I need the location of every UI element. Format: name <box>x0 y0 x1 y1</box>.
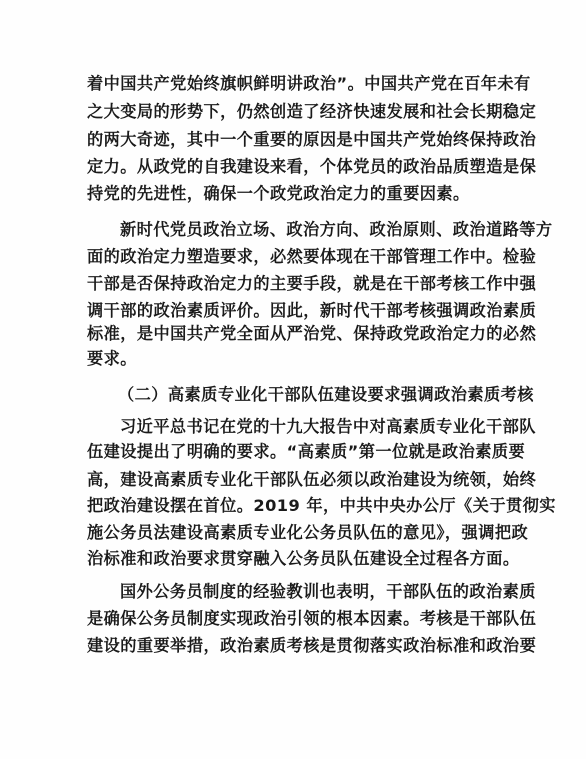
paragraph-2-line-6: 要求。 <box>87 347 495 371</box>
section-heading: （二）高素质专业化干部队伍建设要求强调政治素质考核 <box>118 383 495 407</box>
paragraph-3-line-2: 伍建设提出了明确的要求。“高素质”第一位就是政治素质要 <box>87 440 495 464</box>
paragraph-1-line-5: 持党的先进性，确保一个政党政治定力的重要因素。 <box>87 182 495 206</box>
paragraph-3-line-3: 高，建设高素质专业化干部队伍必须以政治建设为统领，始终 <box>87 468 495 492</box>
paragraph-1-line-1: 着中国共产党始终旗帜鲜明讲政治”。中国共产党在百年未有 <box>87 72 495 96</box>
paragraph-3-line-4: 把政治建设摆在首位。2019 年，中共中央办公厅《关于贯彻实 <box>87 494 495 518</box>
paragraph-1-line-2: 之大变局的形势下，仍然创造了经济快速发展和社会长期稳定 <box>87 100 495 124</box>
paragraph-2-line-3: 干部是否保持政治定力的主要手段，就是在干部考核工作中强 <box>87 272 495 296</box>
paragraph-3-line-6: 治标准和政治要求贯穿融入公务员队伍建设全过程各方面。 <box>87 547 495 571</box>
paragraph-3-line-1: 习近平总书记在党的十九大报告中对高素质专业化干部队 <box>120 415 495 439</box>
paragraph-1-line-4: 定力。从政党的自我建设来看，个体党员的政治品质塑造是保 <box>87 155 495 179</box>
paragraph-3-line-5: 施公务员法建设高素质专业化公务员队伍的意见》，强调把政 <box>87 521 495 545</box>
paragraph-2-line-1: 新时代党员政治立场、政治方向、政治原则、政治道路等方 <box>120 218 495 242</box>
document-page: 着中国共产党始终旗帜鲜明讲政治”。中国共产党在百年未有 之大变局的形势下，仍然创… <box>0 0 586 759</box>
paragraph-4-line-1: 国外公务员制度的经验教训也表明，干部队伍的政治素质 <box>120 580 495 604</box>
paragraph-1-line-3: 的两大奇迹，其中一个重要的原因是中国共产党始终保持政治 <box>87 128 495 152</box>
paragraph-4-line-3: 建设的重要举措，政治素质考核是贯彻落实政治标准和政治要 <box>87 634 495 658</box>
paragraph-4-line-2: 是确保公务员制度实现政治引领的根本因素。考核是干部队伍 <box>87 607 495 631</box>
paragraph-2-line-4: 调干部的政治素质评价。因此，新时代干部考核强调政治素质 <box>87 299 495 323</box>
paragraph-2-line-5: 标准，是中国共产党全面从严治党、保持政党政治定力的必然 <box>87 322 495 346</box>
paragraph-2-line-2: 面的政治定力塑造要求，必然要体现在干部管理工作中。检验 <box>87 245 495 269</box>
